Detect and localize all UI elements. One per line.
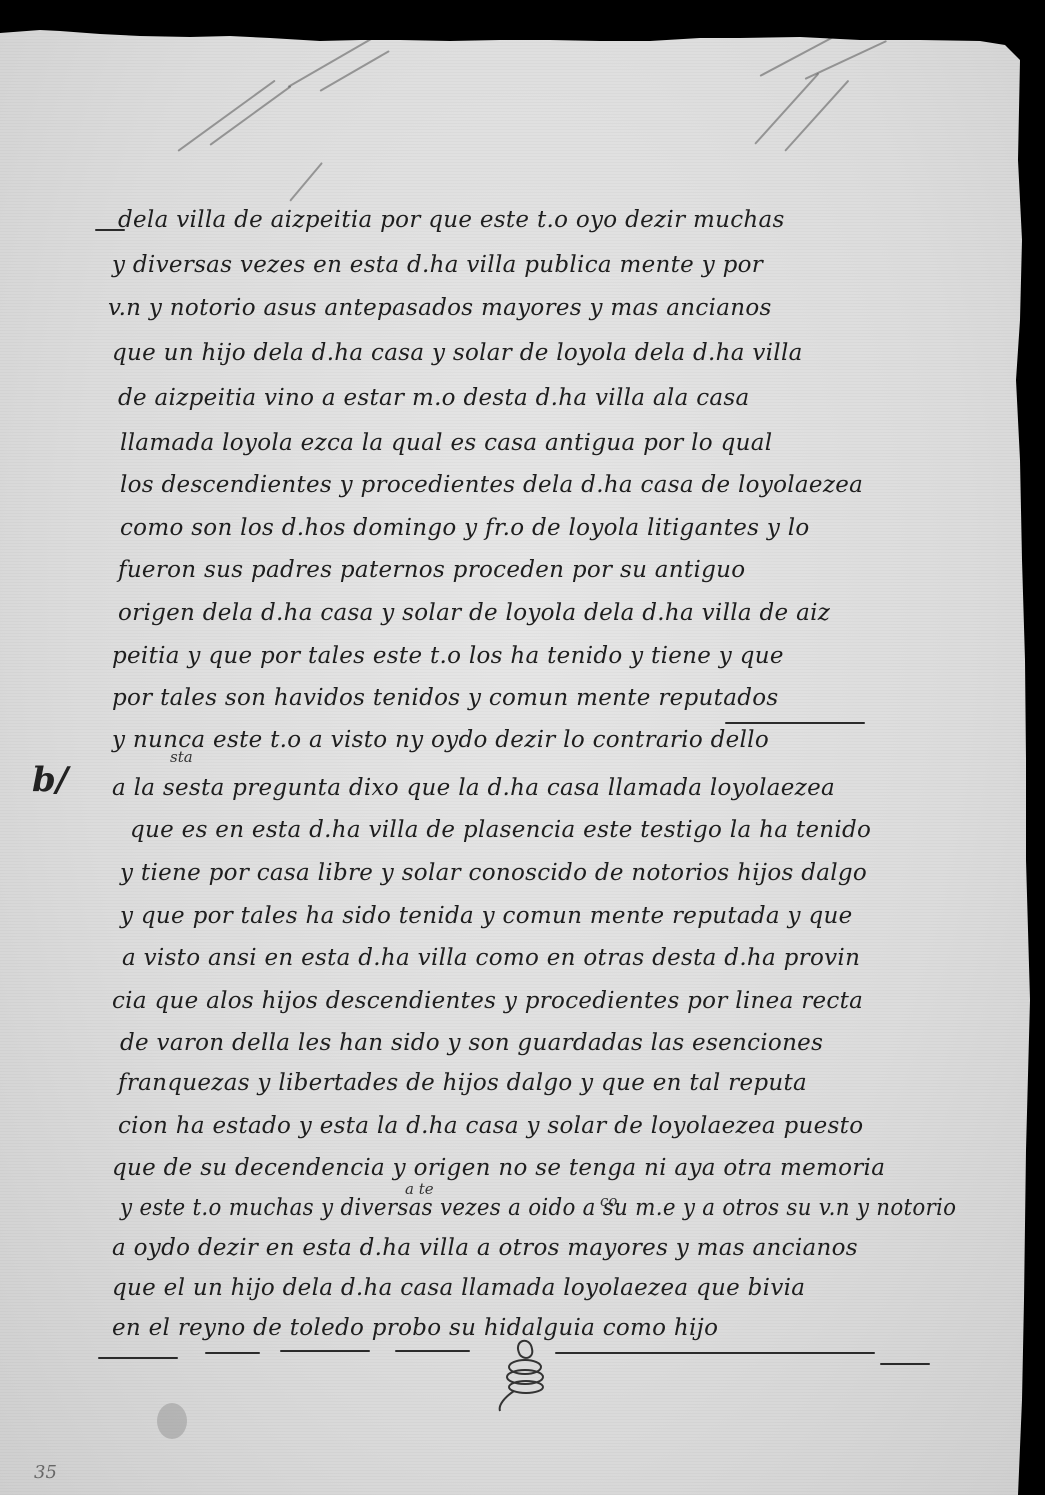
text-line: a oydo dezir en esta d.ha villa a otros … <box>112 1228 912 1268</box>
text-line: a la sesta pregunta dixo que la d.ha cas… <box>112 768 912 808</box>
bleed-through-stroke <box>754 73 819 145</box>
line-filler-stroke <box>95 229 125 231</box>
bleed-through-stroke <box>320 50 390 92</box>
text-line: que el un hijo dela d.ha casa llamada lo… <box>112 1268 912 1308</box>
text-line: dela villa de aizpeitia por que este t.o… <box>118 200 918 240</box>
text-line: y este t.o muchas y diversas vezes a oid… <box>120 1188 920 1228</box>
line-filler-stroke <box>280 1350 370 1352</box>
line-filler-stroke <box>880 1363 930 1365</box>
text-line: de varon della les han sido y son guarda… <box>120 1023 920 1063</box>
bleed-through-stroke <box>784 80 849 152</box>
text-line: que un hijo dela d.ha casa y solar de lo… <box>112 333 912 373</box>
text-line: v.n y notorio asus antepasados mayores y… <box>108 288 908 328</box>
text-line: origen dela d.ha casa y solar de loyola … <box>118 593 918 633</box>
line-filler-stroke <box>205 1352 260 1354</box>
text-line: cion ha estado y esta la d.ha casa y sol… <box>118 1106 918 1146</box>
text-line: por tales son havidos tenidos y comun me… <box>112 678 912 718</box>
text-line: los descendientes y procedientes dela d.… <box>120 465 920 505</box>
text-line: que es en esta d.ha villa de plasencia e… <box>130 810 930 850</box>
text-line: franquezas y libertades de hijos dalgo y… <box>118 1063 918 1103</box>
manuscript-page: b/ dela villa de aizpeitia por que este … <box>0 0 1045 1495</box>
interlinear-insertion: sta <box>170 748 193 766</box>
text-line: fueron sus padres paternos proceden por … <box>118 550 918 590</box>
text-line: de aizpeitia vino a estar m.o desta d.ha… <box>118 378 918 418</box>
text-line: peitia y que por tales este t.o los ha t… <box>112 636 912 676</box>
text-line: y que por tales ha sido tenida y comun m… <box>120 896 920 936</box>
paper-stain <box>157 1403 187 1439</box>
margin-note: b/ <box>32 760 68 800</box>
text-line: como son los d.hos domingo y fr.o de loy… <box>120 508 920 548</box>
text-line: que de su decendencia y origen no se ten… <box>112 1148 912 1188</box>
line-filler-stroke <box>725 722 865 724</box>
text-line: cia que alos hijos descendientes y proce… <box>112 981 912 1021</box>
text-line: y nunca este t.o a visto ny oydo dezir l… <box>112 720 912 760</box>
bleed-through-stroke <box>289 162 323 202</box>
bleed-through-stroke <box>760 23 858 76</box>
rubric-flourish-icon <box>490 1335 560 1415</box>
folio-number: 35 <box>34 1462 57 1483</box>
bleed-through-stroke <box>177 80 275 152</box>
line-filler-stroke <box>395 1350 470 1352</box>
line-filler-stroke <box>98 1357 178 1359</box>
text-line: y diversas vezes en esta d.ha villa publ… <box>112 245 912 285</box>
text-line: y tiene por casa libre y solar conoscido… <box>120 853 920 893</box>
bleed-through-stroke <box>209 85 291 145</box>
text-line: llamada loyola ezca la qual es casa anti… <box>120 423 920 463</box>
text-line: a visto ansi en esta d.ha villa como en … <box>122 938 922 978</box>
line-filler-stroke <box>555 1352 875 1354</box>
